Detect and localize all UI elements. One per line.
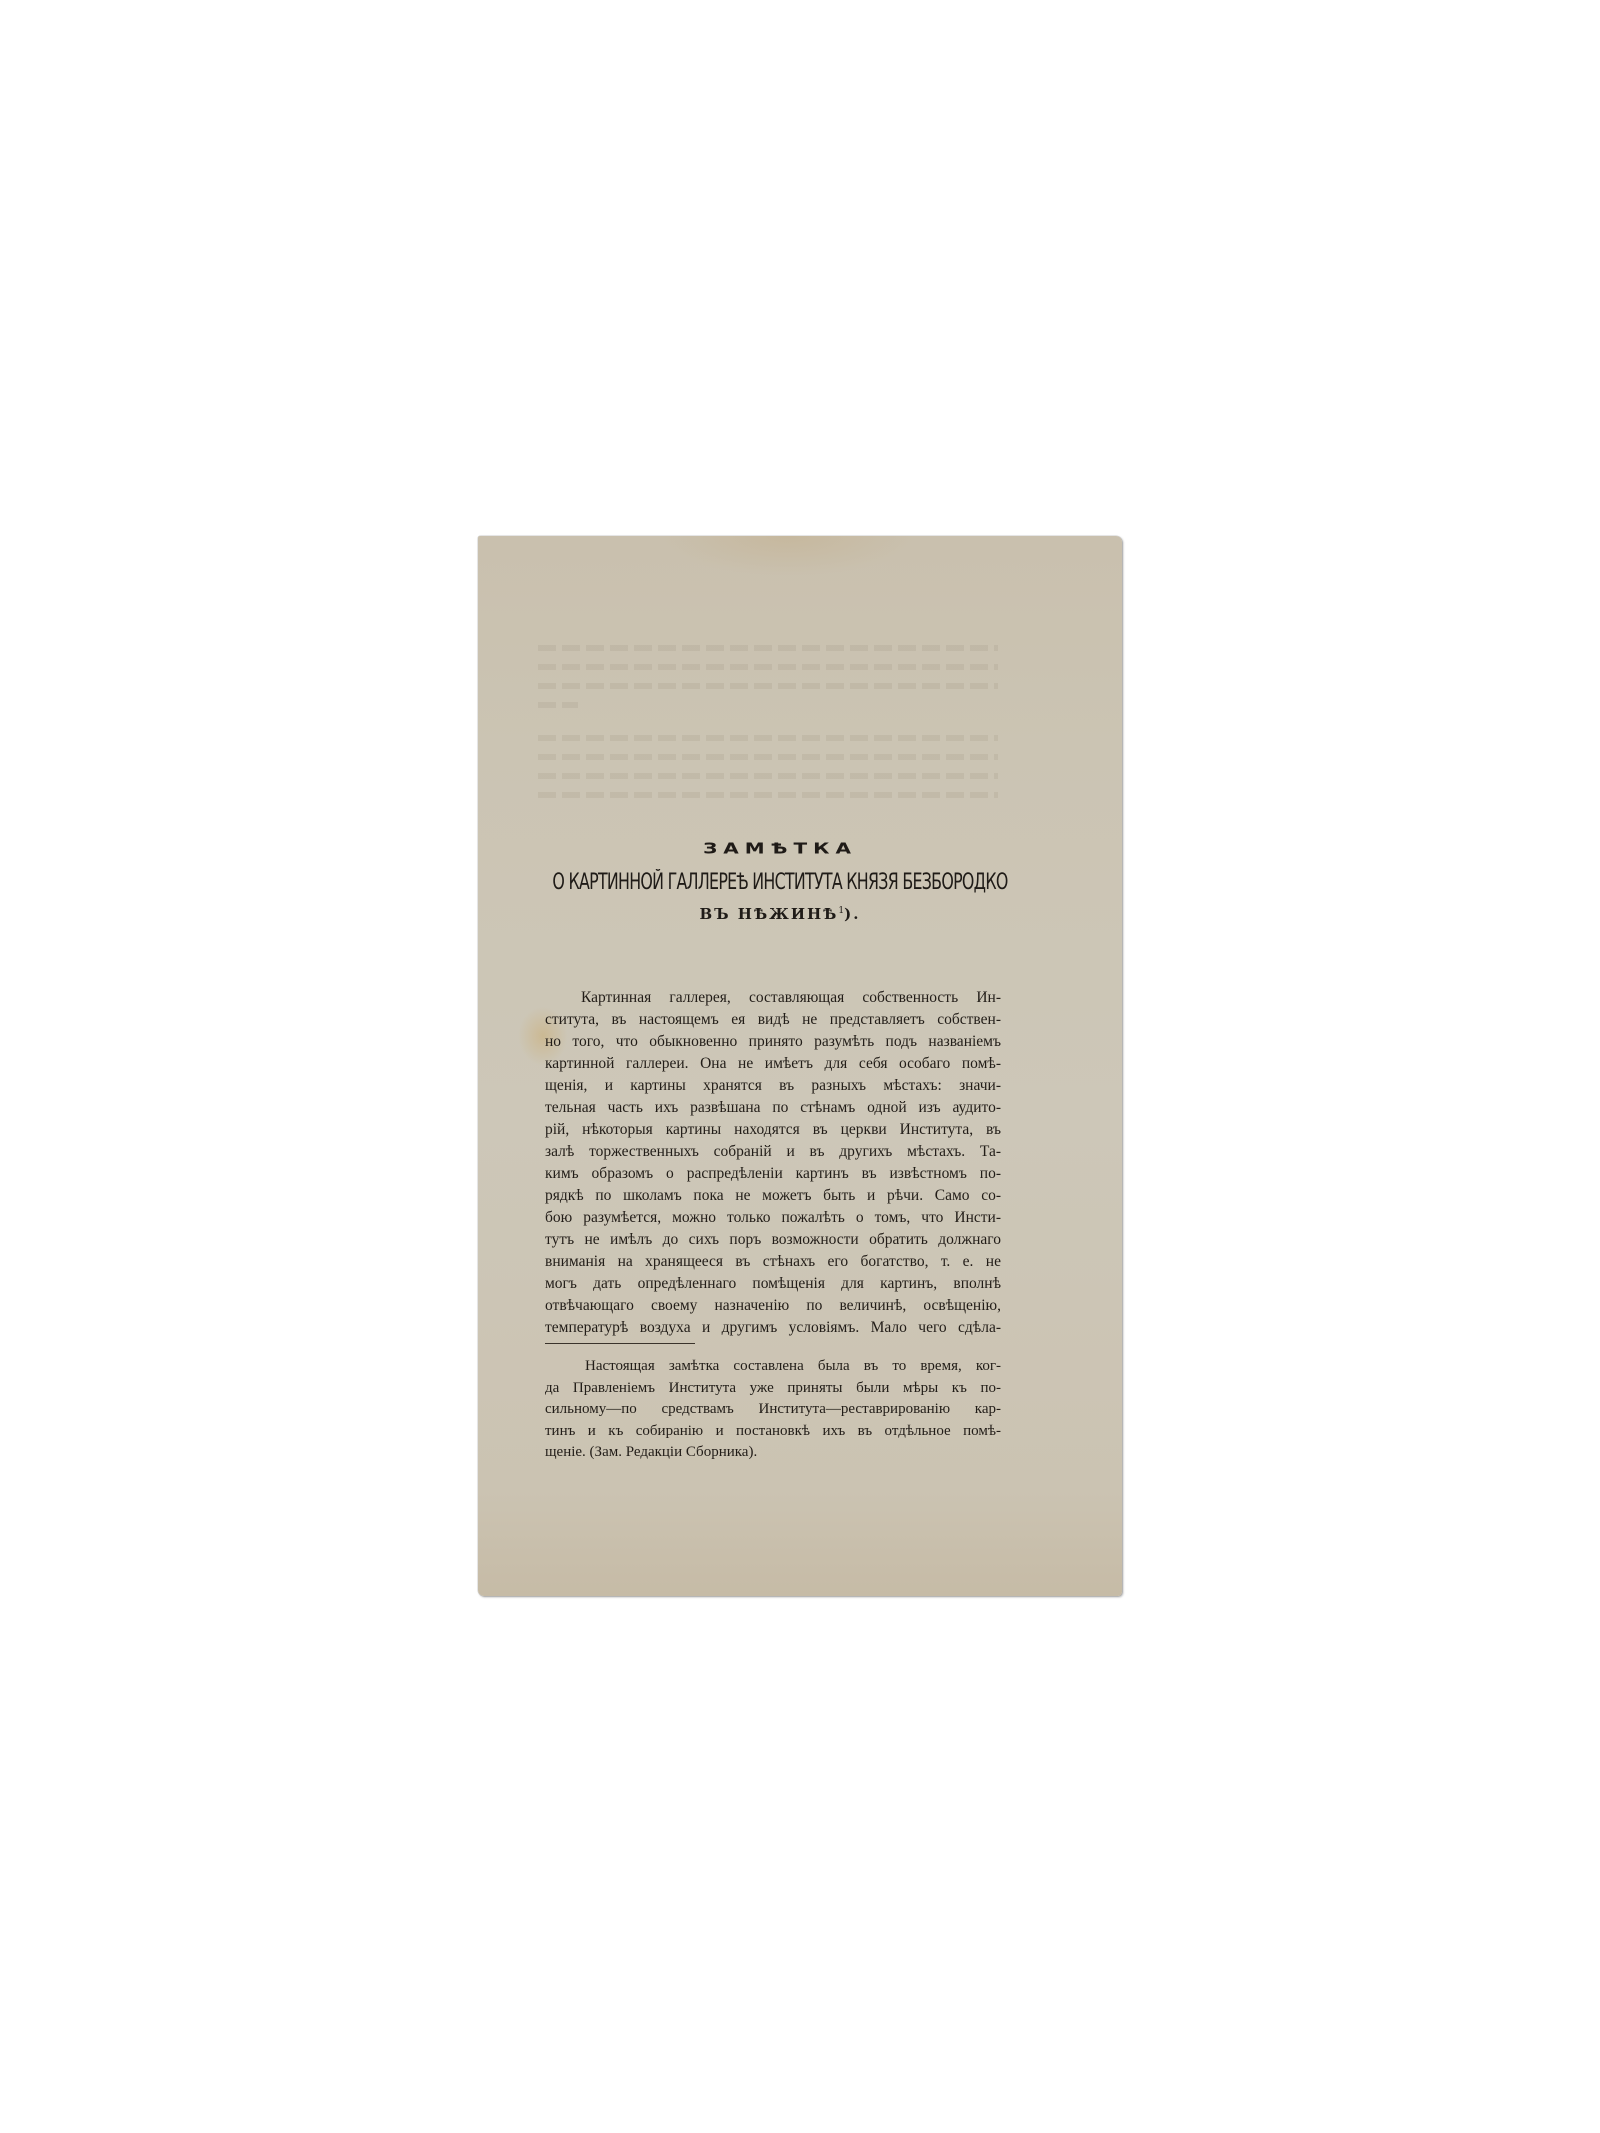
body-line: кимъ образомъ о распредѣленіи картинъ въ… [545,1163,1001,1185]
body-line: картинной галлереи. Она не имѣетъ для се… [545,1053,1001,1075]
footnote-line: сильному—по средствамъ Института—реставр… [545,1399,1001,1421]
body-line: тельная часть ихъ развѣшана по стѣнамъ о… [545,1097,1001,1119]
footnote-line: тинъ и къ собиранію и постановкѣ ихъ въ … [545,1421,1001,1443]
footnote-line: Настоящая замѣтка составлена была въ то … [545,1356,1001,1378]
footnote: Настоящая замѣтка составлена была въ то … [545,1356,1001,1464]
body-line: вниманія на хранящееся въ стѣнахъ его бо… [545,1251,1001,1273]
place-suffix: ). [844,905,860,923]
place-text: ВЪ НѢЖИНѢ [700,905,839,923]
body-line: отвѣчающаго своему назначенію по величин… [545,1295,1001,1317]
body-line: могъ дать опредѣленнаго помѣщенія для ка… [545,1273,1001,1295]
paper-stain [658,536,918,576]
document-place: ВЪ НѢЖИНѢ1). [478,905,1122,923]
footnote-line: щеніе. (Зам. Редакціи Сборника). [545,1442,1001,1464]
body-line: температурѣ воздуха и другимъ условіямъ.… [545,1317,1001,1339]
title-block: ЗАМѢТКА О КАРТИННОЙ ГАЛЛЕРЕѢ ИНСТИТУТА К… [478,836,1122,923]
footnote-divider [545,1343,695,1344]
body-line: тутъ не имѣлъ до сихъ поръ возможности о… [545,1229,1001,1251]
body-line: щенія, и картины хранятся въ разныхъ мѣс… [545,1075,1001,1097]
document-page: ЗАМѢТКА О КАРТИННОЙ ГАЛЛЕРЕѢ ИНСТИТУТА К… [478,536,1122,1596]
footnote-line: да Правленіемъ Института уже приняты был… [545,1378,1001,1400]
body-line: но того, что обыкновенно принято разумѣт… [545,1031,1001,1053]
document-subtitle: О КАРТИННОЙ ГАЛЛЕРЕѢ ИНСТИТУТА КНЯЗЯ БЕЗ… [534,870,1026,895]
body-line: ститута, въ настоящемъ ея видѣ не предст… [545,1009,1001,1031]
document-title: ЗАМѢТКА [478,839,1122,857]
body-line: бою разумѣется, можно только пожалѣть о … [545,1207,1001,1229]
body-line: Картинная галлерея, составляющая собстве… [545,987,1001,1009]
body-text: Картинная галлерея, составляющая собстве… [545,987,1001,1339]
body-line: залѣ торжественныхъ собраній и въ других… [545,1141,1001,1163]
body-line: рій, нѣкоторыя картины находятся въ церк… [545,1119,1001,1141]
show-through-text [538,631,998,811]
body-line: рядкѣ по школамъ пока не можетъ быть и р… [545,1185,1001,1207]
